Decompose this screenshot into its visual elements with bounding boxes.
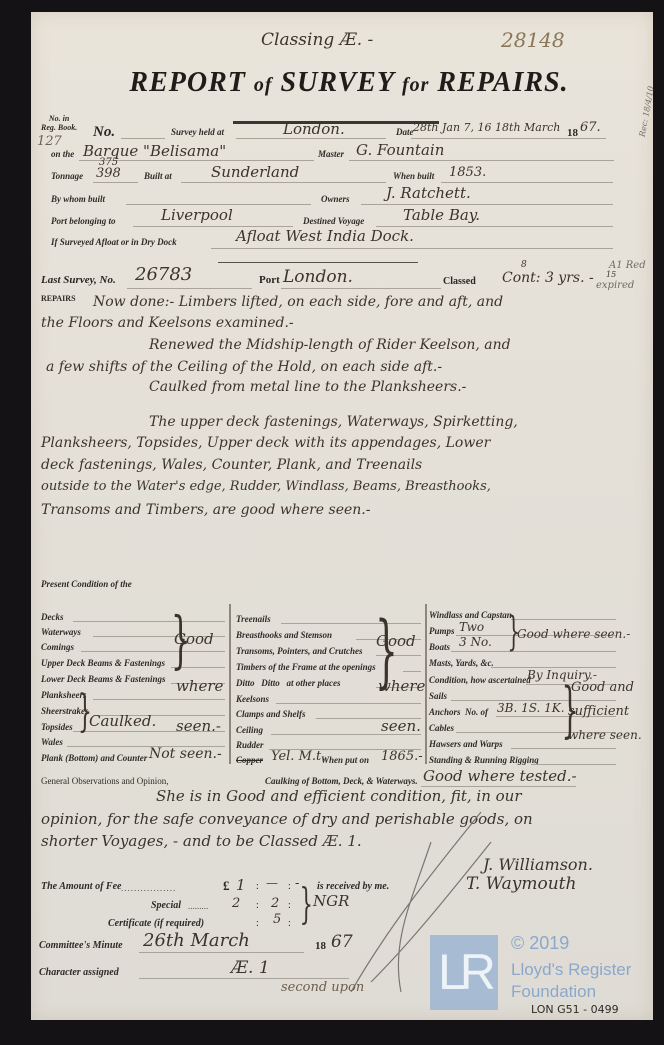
condition-label: Ditto Ditto at other places bbox=[236, 678, 341, 688]
voyage-value: Table Bay. bbox=[403, 206, 480, 224]
last-survey-label: Last Survey, No. bbox=[41, 274, 116, 286]
watermark-org-line2: Foundation bbox=[511, 982, 596, 1002]
brace-text: where seen. bbox=[568, 728, 642, 742]
brace-text: Good where seen.- bbox=[517, 627, 630, 641]
watermark-org-line1: Lloyd's Register bbox=[511, 960, 631, 980]
expired-note: expired bbox=[596, 280, 634, 291]
condition-label: Cables bbox=[429, 723, 454, 733]
received-label: is received by me. bbox=[317, 881, 389, 892]
date-value: 28th Jan 7, 16 18th March bbox=[413, 121, 560, 134]
condition-label: Plank (Bottom) and Counter bbox=[41, 753, 147, 763]
condition-label: Treenails bbox=[236, 614, 271, 624]
condition-label: Upper Deck Beams & Fastenings bbox=[41, 658, 165, 668]
report-number: 28148 bbox=[501, 28, 565, 52]
lr-logo: LR bbox=[430, 935, 498, 1010]
caulking-label: Caulking of Bottom, Deck, & Waterways. bbox=[265, 776, 418, 786]
condition-label: Boats bbox=[429, 642, 450, 652]
condition-label: Keelsons bbox=[236, 694, 269, 704]
red-note: A1 Red bbox=[609, 260, 646, 271]
plank-bottom-value: Not seen.- bbox=[149, 746, 222, 762]
condition-label: Clamps and Shelfs bbox=[236, 709, 306, 719]
condition-label: Rudder bbox=[236, 740, 264, 750]
port-value: Liverpool bbox=[161, 206, 233, 224]
survey-held-value: London. bbox=[283, 120, 345, 138]
copper-value: Yel. M.t. bbox=[271, 749, 325, 764]
caulked-note: Caulked. bbox=[89, 712, 156, 730]
archive-reference: LON G51 - 0499 bbox=[531, 1003, 619, 1016]
on-the-label: on the bbox=[51, 149, 74, 159]
dock-label: If Surveyed Afloat or in Dry Dock bbox=[51, 237, 177, 247]
brace: } bbox=[300, 884, 313, 924]
side-annotation: Rec: 18/4/10 bbox=[638, 85, 656, 137]
condition-label: Standing & Running Rigging bbox=[429, 755, 539, 765]
fee-label: The Amount of Fee bbox=[41, 881, 121, 892]
survey-report-page: Classing Æ. - 28148 REPORT of SURVEY for… bbox=[31, 12, 653, 1020]
page-title: REPORT of SURVEY for REPAIRS. bbox=[89, 67, 609, 99]
committee-year: 67 bbox=[331, 932, 353, 952]
condition-label: Topsides bbox=[41, 722, 73, 732]
built-at-label: Built at bbox=[144, 171, 172, 181]
tonnage-label: Tonnage bbox=[51, 171, 83, 181]
character-assigned-value: Æ. 1 bbox=[231, 958, 270, 978]
repairs-label: REPAIRS bbox=[41, 294, 76, 303]
last-survey-port-value: London. bbox=[283, 267, 353, 287]
separator: : bbox=[256, 881, 259, 892]
last-survey-port-label: Port bbox=[259, 274, 280, 286]
by-whom-label: By whom built bbox=[51, 194, 105, 204]
condition-label: Waterways bbox=[41, 627, 81, 637]
condition-label: Pumps bbox=[429, 626, 455, 636]
condition-label: Sails bbox=[429, 691, 447, 701]
condition-label: Transoms, Pointers, and Crutches bbox=[236, 646, 362, 656]
certificate-shillings: 5 bbox=[273, 912, 281, 927]
condition-label: Condition, how ascertained bbox=[429, 675, 531, 685]
no-label: No. bbox=[93, 124, 115, 141]
brace-text: sufficient bbox=[568, 704, 629, 719]
classed-superscript: 8 bbox=[521, 260, 527, 270]
copper-label: Copper bbox=[236, 755, 263, 765]
repairs-line: The upper deck fastenings, Waterways, Sp… bbox=[149, 414, 518, 430]
repairs-line: Renewed the Midship-length of Rider Keel… bbox=[149, 337, 511, 353]
special-shillings: 2 bbox=[271, 896, 279, 911]
year-prefix: 18 bbox=[315, 940, 326, 952]
classed-label: Classed bbox=[443, 276, 476, 287]
last-survey-number: 26783 bbox=[135, 264, 192, 285]
when-put-on-label: When put on bbox=[321, 755, 369, 765]
fee-shillings: — bbox=[266, 876, 278, 890]
condition-label: Hawsers and Warps bbox=[429, 739, 503, 749]
general-observations-label: General Observations and Opinion, bbox=[41, 776, 168, 786]
certificate-label: Certificate (if required) bbox=[108, 918, 204, 929]
committee-minute-value: 26th March bbox=[143, 930, 250, 951]
condition-label: Breasthooks and Stemson bbox=[236, 630, 332, 640]
brace-text: where bbox=[378, 677, 425, 695]
special-label: Special bbox=[151, 900, 181, 911]
condition-label: Ceiling bbox=[236, 725, 263, 735]
section-rule bbox=[218, 262, 418, 263]
owners-label: Owners bbox=[321, 194, 350, 204]
reg-book-number: 127 bbox=[37, 134, 62, 149]
repairs-line: outside to the Water's edge, Rudder, Win… bbox=[41, 479, 491, 494]
committee-note: second upon bbox=[281, 980, 364, 995]
date-label: Date bbox=[396, 127, 414, 137]
condition-label: Timbers of the Frame at the openings bbox=[236, 662, 376, 672]
when-built-label: When built bbox=[393, 171, 434, 181]
brace-text: seen.- bbox=[176, 717, 221, 735]
repairs-line: deck fastenings, Wales, Counter, Plank, … bbox=[41, 457, 422, 473]
condition-label: Lower Deck Beams & Fastenings bbox=[41, 674, 166, 684]
date-year: 67. bbox=[580, 120, 601, 135]
repairs-line: the Floors and Keelsons examined.- bbox=[41, 315, 294, 331]
tonnage-value: 398 bbox=[96, 166, 121, 181]
condition-label: Anchors No. of bbox=[429, 707, 488, 717]
column-divider bbox=[229, 604, 231, 764]
survey-held-label: Survey held at bbox=[171, 127, 224, 137]
voyage-label: Destined Voyage bbox=[303, 216, 364, 226]
repairs-line: Planksheers, Topsides, Upper deck with i… bbox=[41, 435, 490, 451]
anchors-value: 3B. 1S. 1K. bbox=[497, 701, 565, 715]
separator: : bbox=[288, 918, 291, 929]
master-value: G. Fountain bbox=[356, 141, 444, 159]
classing-annotation: Classing Æ. - bbox=[261, 30, 373, 50]
repairs-line: a few shifts of the Ceiling of the Hold,… bbox=[46, 359, 442, 375]
dot-leader: ......... bbox=[188, 901, 208, 911]
repairs-line: Caulked from metal line to the Plankshee… bbox=[149, 379, 466, 395]
classed-value: Cont: 3 yrs. - bbox=[502, 270, 594, 286]
owners-value: J. Ratchett. bbox=[386, 184, 471, 202]
repairs-line: Transoms and Timbers, are good where see… bbox=[41, 502, 370, 518]
separator: : bbox=[288, 881, 291, 892]
repairs-line: Now done:- Limbers lifted, on each side,… bbox=[93, 294, 503, 310]
condition-label: Wales bbox=[41, 737, 63, 747]
pound-sign: £ bbox=[223, 878, 230, 894]
condition-label: Masts, Yards, &c. bbox=[429, 658, 494, 668]
brace-text: Good bbox=[174, 630, 214, 648]
built-at-value: Sunderland bbox=[211, 163, 299, 181]
condition-label: Comings bbox=[41, 642, 74, 652]
dot-leader: ................. bbox=[121, 883, 176, 893]
fee-pounds: 1 bbox=[236, 876, 246, 894]
separator: : bbox=[288, 900, 291, 911]
lr-logo-letters: LR bbox=[438, 941, 490, 1003]
fee-initials: NGR bbox=[313, 892, 349, 910]
port-label: Port belonging to bbox=[51, 216, 116, 226]
boats-value: 3 No. bbox=[459, 635, 492, 649]
brace-text: Good and bbox=[571, 680, 634, 695]
separator: : bbox=[256, 918, 259, 929]
brace-text: Good bbox=[376, 632, 416, 650]
when-built-value: 1853. bbox=[449, 165, 486, 180]
character-assigned-label: Character assigned bbox=[39, 967, 119, 978]
brace-text: where bbox=[176, 677, 223, 695]
condition-heading: Present Condition of the bbox=[41, 579, 132, 589]
condition-label: Windlass and Capstan bbox=[429, 610, 512, 620]
brace-text: seen. bbox=[381, 717, 421, 735]
special-pounds: 2 bbox=[232, 896, 240, 911]
committee-minute-label: Committee's Minute bbox=[39, 940, 123, 951]
master-label: Master bbox=[318, 149, 344, 159]
condition-label: Decks bbox=[41, 612, 64, 622]
caulking-value: Good where tested.- bbox=[423, 767, 577, 785]
copyright-text: © 2019 bbox=[511, 933, 569, 954]
reg-book-label: No. in Reg. Book. bbox=[41, 114, 77, 132]
separator: : bbox=[256, 900, 259, 911]
dock-value: Afloat West India Dock. bbox=[236, 227, 414, 245]
opinion-line: shorter Voyages, - and to be Classed Æ. … bbox=[41, 832, 362, 850]
classed-superscript-2: 15 bbox=[606, 270, 616, 279]
when-put-on-value: 1865.- bbox=[381, 749, 423, 764]
pumps-value: Two bbox=[459, 620, 484, 634]
